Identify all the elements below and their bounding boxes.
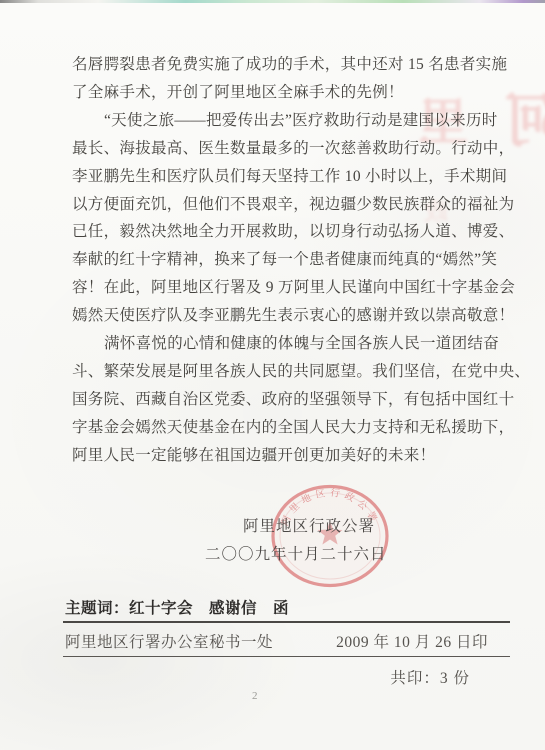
- body-line: 奉献的红十字精神，换来了每一个患者健康而纯真的“嫣然”笑: [72, 246, 512, 274]
- document-footer: 主题词：红十字会 感谢信 函 阿里地区行署办公室秘书一处 2009 年 10 月…: [63, 594, 510, 688]
- scanned-letter-page: 里 阿 政 名唇腭裂患者免费实施了成功的手术，其中还对 15 名患者实施 了全麻…: [0, 0, 545, 750]
- body-line: 容！在此，阿里地区行署及 9 万阿里人民谨向中国红十字基金会: [72, 274, 512, 302]
- issuer-line: 阿里地区行署办公室秘书一处 2009 年 10 月 26 日印: [63, 623, 510, 657]
- body-line: 了全麻手术，开创了阿里地区全麻手术的先例！: [72, 79, 512, 107]
- official-seal: 阿里地区行政公署: [258, 472, 403, 602]
- letter-body: 名唇腭裂患者免费实施了成功的手术，其中还对 15 名患者实施 了全麻手术，开创了…: [72, 51, 512, 470]
- keywords-label: 主题词：: [65, 600, 129, 617]
- body-line: 满怀喜悦的心情和健康的体魄与全国各族人民一道团结奋: [72, 330, 512, 358]
- body-line: 嫣然天使医疗队及李亚鹏先生表示衷心的感谢并致以崇高敬意！: [72, 302, 512, 330]
- body-line: 字基金会嫣然天使基金在内的全国人民大力支持和无私援助下，: [72, 414, 512, 442]
- issuer-name: 阿里地区行署办公室秘书一处: [65, 630, 273, 652]
- copies-count: 共印：3 份: [63, 657, 510, 688]
- body-line: 李亚鹏先生和医疗队员们每天坚持工作 10 小时以上，手术期间: [72, 163, 512, 191]
- print-date: 2009 年 10 月 26 日印: [336, 630, 510, 652]
- signature-date: 二〇〇九年十月二十六日: [205, 542, 387, 564]
- keywords-value: 红十字会 感谢信 函: [129, 600, 289, 617]
- body-line: 国务院、西藏自治区党委、政府的坚强领导下，有包括中国红十: [72, 386, 512, 414]
- body-line: 斗、繁荣发展是阿里各族人民的共同愿望。我们坚信，在党中央、: [72, 358, 512, 386]
- body-line: 最长、海拔最高、医生数量最多的一次慈善救助行动。行动中，: [72, 135, 512, 163]
- body-line: “天使之旅——把爱传出去”医疗救助行动是建国以来历时: [72, 107, 512, 135]
- body-line: 名唇腭裂患者免费实施了成功的手术，其中还对 15 名患者实施: [72, 51, 512, 79]
- page-number: 2: [252, 690, 258, 702]
- body-line: 已任，毅然决然地全力开展救助，以切身行动弘扬人道、博爱、: [72, 218, 512, 246]
- body-line: 以方便面充饥，但他们不畏艰辛，视边疆少数民族群众的福祉为: [72, 191, 512, 219]
- scan-edge-artifact: [0, 0, 545, 3]
- body-line: 阿里人民一定能够在祖国边疆开创更加美好的未来！: [72, 442, 512, 470]
- signature-org: 阿里地区行政公署: [243, 514, 375, 536]
